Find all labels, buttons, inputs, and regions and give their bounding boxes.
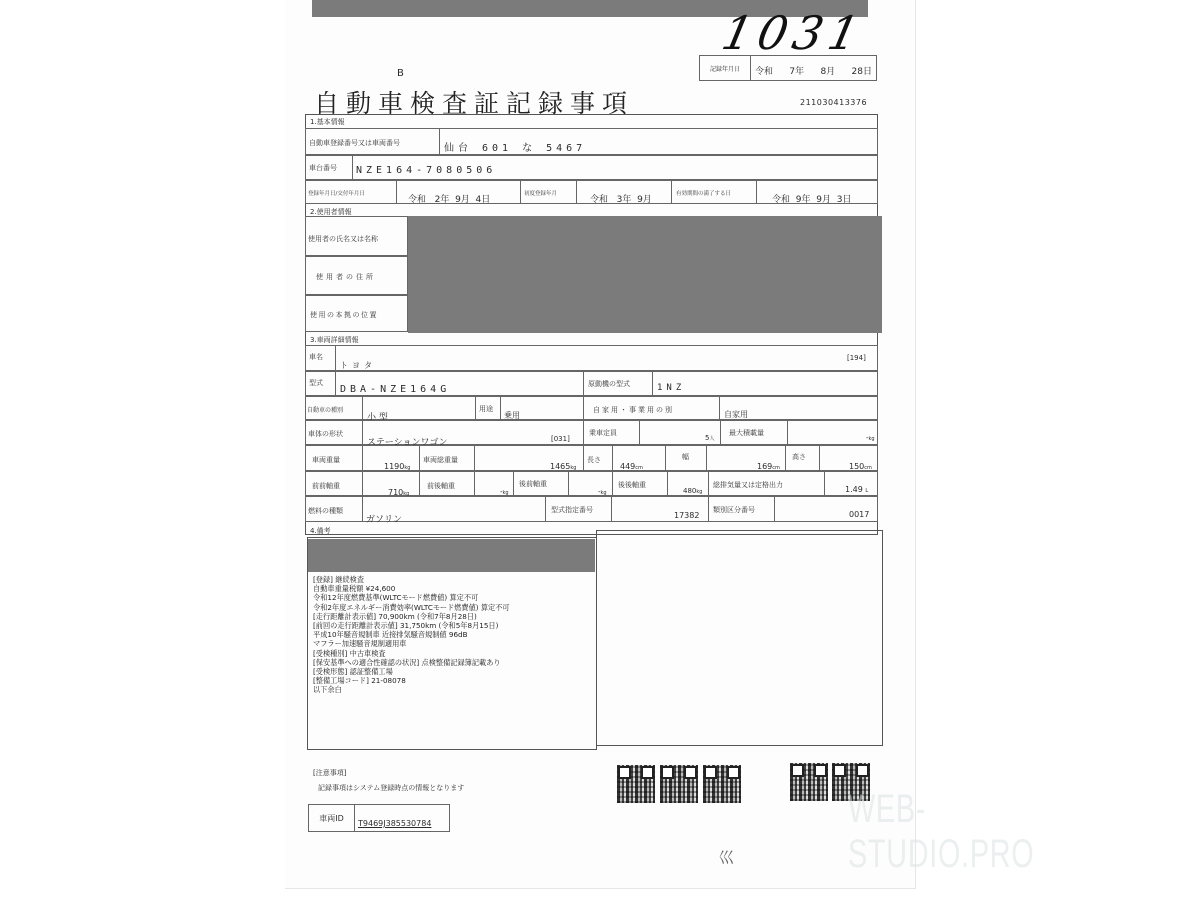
vehicle-id-box: 車両ID T9469J385530784 xyxy=(308,804,450,832)
type-designation-label: 型式指定番号 xyxy=(551,505,593,515)
handwritten-number: 1031 xyxy=(717,6,870,60)
rear-front-axle-label: 後前軸重 xyxy=(519,479,547,489)
document-serial: 211030413376 xyxy=(800,98,867,107)
engine-value: 1NZ xyxy=(657,383,685,393)
weight-value: 1190kg xyxy=(384,462,410,471)
private-business-label: 自家用・事業用の別 xyxy=(593,405,674,415)
length-label: 長さ xyxy=(587,455,601,465)
body-shape-label: 車体の形状 xyxy=(308,429,343,439)
max-load-value: -kg xyxy=(866,434,875,442)
height-label: 高さ xyxy=(792,452,806,462)
weight-label: 車両重量 xyxy=(312,455,340,465)
gross-weight-value: 1465kg xyxy=(550,462,576,471)
watermark: WEB-STUDIO.PRO xyxy=(848,787,1101,877)
front-rear-axle-label: 前後軸重 xyxy=(427,481,455,491)
model-label: 型式 xyxy=(309,378,323,388)
remark-line: 以下余白 xyxy=(313,685,510,694)
redaction-user-info xyxy=(408,216,882,333)
capacity-value: 5人 xyxy=(705,434,714,442)
rear-axle-value: 480kg xyxy=(683,487,702,495)
qr-code-2 xyxy=(660,765,698,803)
remark-line: [受検形態] 認証整備工場 xyxy=(313,667,510,676)
section1-heading: 1.基本情報 xyxy=(310,117,345,127)
vehicle-id-value: T9469J385530784 xyxy=(355,805,449,831)
remark-line: [受検種別] 中古車検査 xyxy=(313,649,510,658)
height-value: 150cm xyxy=(849,462,872,471)
body-shape-code: [031] xyxy=(551,435,570,443)
rear-axle-label: 後後軸重 xyxy=(618,480,646,490)
make-row xyxy=(305,345,878,371)
remark-line: 平成10年騒音規制車 近接排気騒音規制値 96dB xyxy=(313,630,510,639)
registration-value: 仙台 601 な 5467 xyxy=(444,139,586,154)
rear-front-axle-value: -kg xyxy=(598,488,607,496)
remark-line: [走行距離計表示値] 70,900km (令和7年8月28日) xyxy=(313,612,510,621)
usage-label: 用途 xyxy=(479,404,493,414)
initial-reg-value: 令和 3年 9月 xyxy=(590,192,652,205)
remark-line: マフラー加速騒音規制適用車 xyxy=(313,639,510,648)
remark-line: [整備工場コード] 21-08078 xyxy=(313,676,510,685)
base-location-label: 使用の本拠の位置 xyxy=(310,310,378,320)
first-reg-value: 令和 2年 9月 4日 xyxy=(408,192,490,205)
initial-reg-label: 初度登録年月 xyxy=(524,189,557,197)
gross-weight-label: 車両総重量 xyxy=(423,455,458,465)
max-load-label: 最大積載量 xyxy=(729,428,764,438)
title-prefix: B xyxy=(397,68,404,79)
section4-heading: 4.備考 xyxy=(310,526,331,536)
qr-code-3 xyxy=(703,765,741,803)
chassis-value: NZE164-7080506 xyxy=(356,165,496,176)
notes-text: 記録事項はシステム登録時点の情報となります xyxy=(318,783,464,793)
record-date-value: 令和 7年 8月 28日 xyxy=(751,56,876,80)
vehicle-id-label: 車両ID xyxy=(309,805,355,831)
width-value: 169cm xyxy=(757,462,780,471)
fuel-value: ガソリン xyxy=(366,512,402,525)
remark-line: 令和12年度燃費基準(WLTCモード燃費値) 算定不可 xyxy=(313,593,510,602)
displacement-label: 総排気量又は定格出力 xyxy=(713,480,783,490)
remark-line: [前回の走行距離計表示値] 31,750km (令和5年8月15日) xyxy=(313,621,510,630)
expiry-value: 令和 9年 9月 3日 xyxy=(772,192,851,205)
qr-code-1 xyxy=(617,765,655,803)
first-reg-label: 登録年月日/交付年月日 xyxy=(308,189,365,197)
model-value: DBA-NZE164G xyxy=(340,384,450,395)
user-address-label: 使用者の住所 xyxy=(316,272,376,282)
type-designation-value: 17382 xyxy=(674,511,699,520)
bottom-mark-icon: 巛 xyxy=(718,845,734,868)
redaction-remarks xyxy=(308,539,595,572)
remarks-frame-right xyxy=(596,530,883,746)
remark-line: 自動車重量税額 ¥24,600 xyxy=(313,584,510,593)
width-label: 幅 xyxy=(682,452,689,462)
fuel-label: 燃料の種類 xyxy=(308,506,343,516)
make-code: [194] xyxy=(847,354,866,362)
make-label: 車名 xyxy=(309,352,323,362)
displacement-value: 1.49 L xyxy=(845,485,868,494)
remark-line: [保安基準への適合性確認の状況] 点検整備記録簿記載あり xyxy=(313,658,510,667)
record-date-label: 記録年月日 xyxy=(700,56,751,80)
engine-label: 原動機の型式 xyxy=(588,379,630,389)
remark-line: 令和2年度エネルギー消費効率(WLTCモード燃費値) 算定不可 xyxy=(313,603,510,612)
registration-label: 自動車登録番号又は車両番号 xyxy=(309,138,400,148)
front-rear-axle-value: -kg xyxy=(500,488,509,496)
vehicle-type-label: 自動車の種別 xyxy=(307,405,343,414)
chassis-label: 車台番号 xyxy=(309,163,337,173)
length-value: 449cm xyxy=(620,462,643,471)
private-business-value: 自家用 xyxy=(724,409,748,420)
user-name-label: 使用者の氏名又は名称 xyxy=(308,234,378,244)
notes-heading: [注意事項] xyxy=(313,768,346,778)
section3-heading: 3.車両詳細情報 xyxy=(310,335,359,345)
category-value: 0017 xyxy=(849,510,869,519)
qr-code-4 xyxy=(790,763,828,801)
capacity-label: 乗車定員 xyxy=(589,428,617,438)
make-value: トヨタ xyxy=(340,360,376,371)
remarks-list: [登録] 継続検査 自動車重量税額 ¥24,600 令和12年度燃費基準(WLT… xyxy=(313,575,510,695)
front-axle-label: 前前軸重 xyxy=(312,481,340,491)
category-label: 類別区分番号 xyxy=(713,505,755,515)
record-date-box: 記録年月日 令和 7年 8月 28日 xyxy=(699,55,877,81)
expiry-label: 有効期間の満了する日 xyxy=(676,189,731,197)
remark-line: [登録] 継続検査 xyxy=(313,575,510,584)
